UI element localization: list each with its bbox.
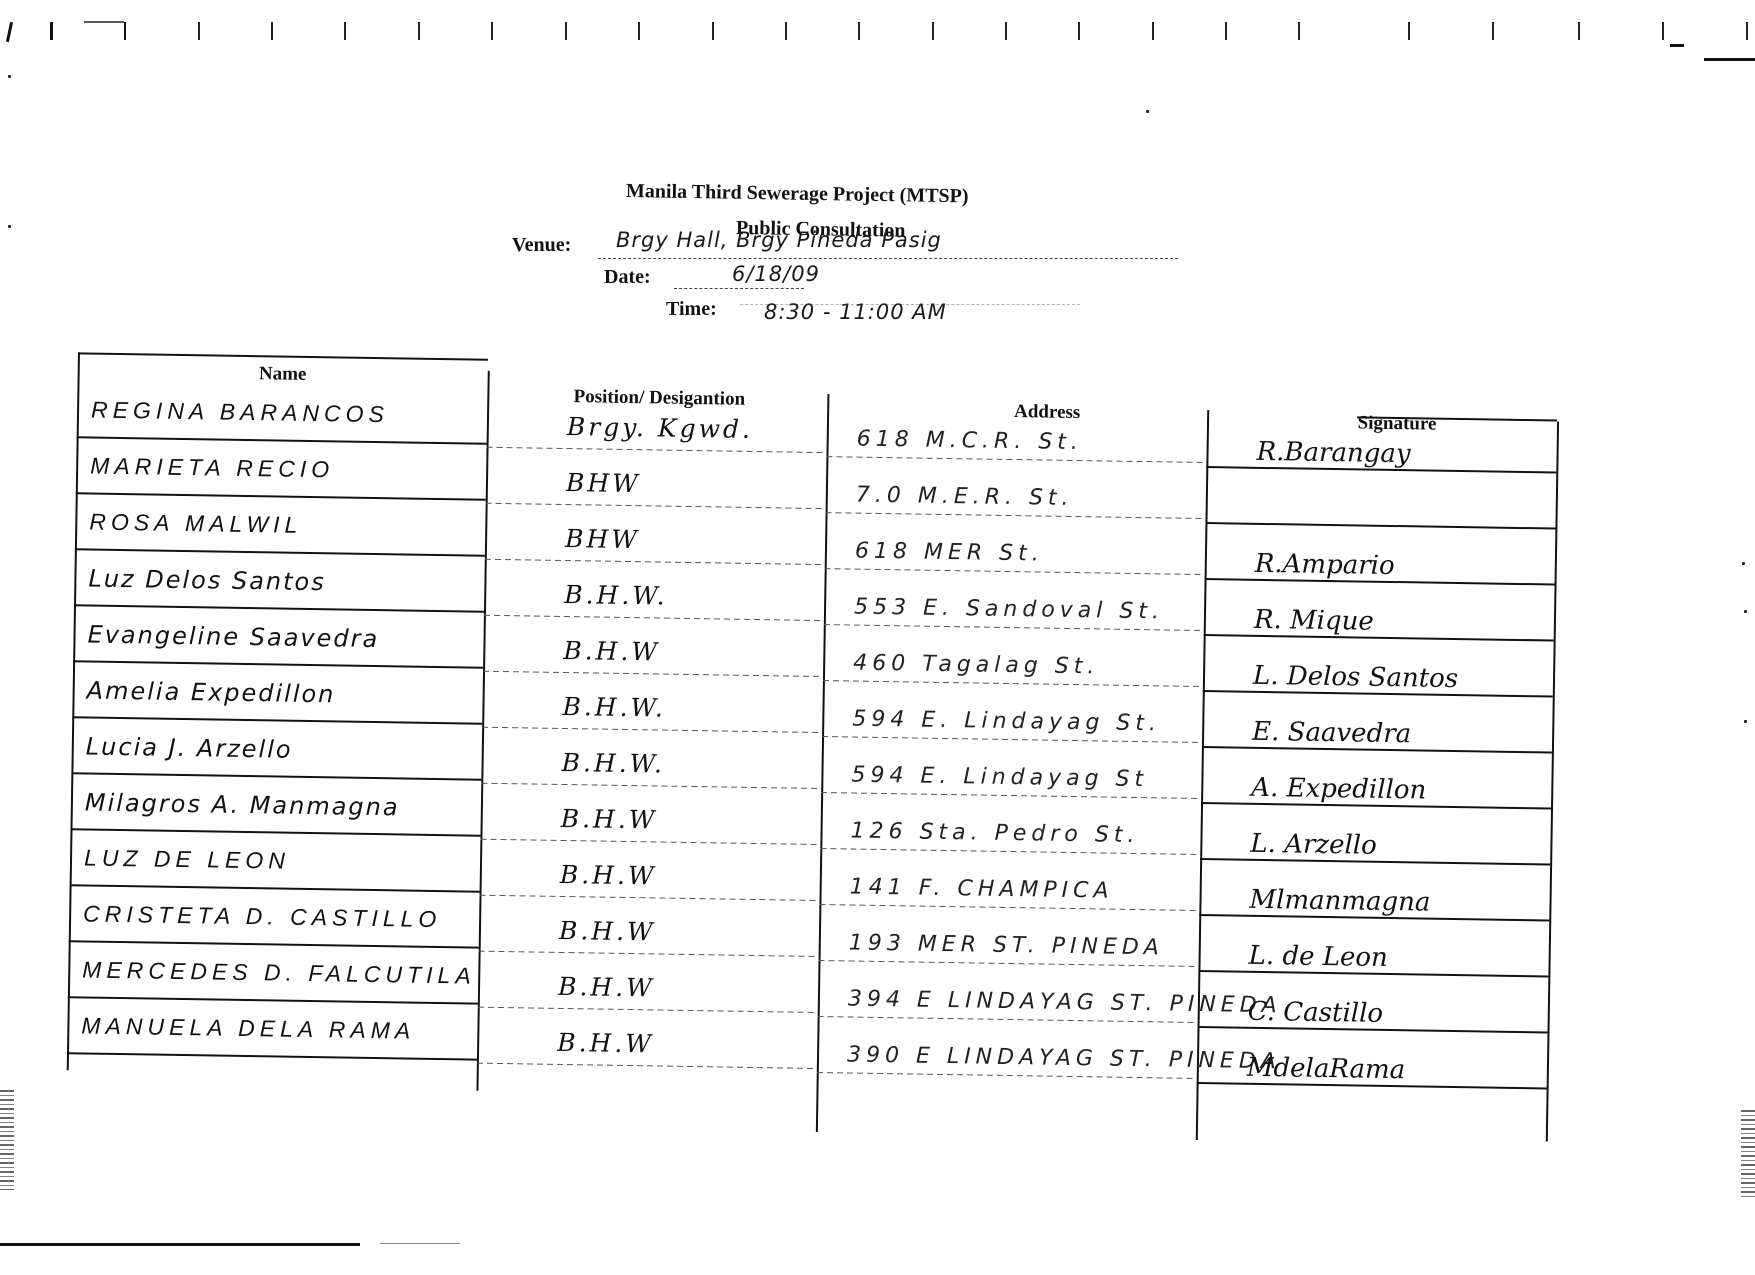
header-signature: Signature: [1357, 412, 1436, 435]
tick-mark: [1298, 22, 1300, 40]
cell-name: Evangeline Saavedra: [87, 621, 379, 654]
tick-mark: [565, 22, 567, 40]
row-separator: [477, 1063, 817, 1069]
scan-mark: [124, 22, 126, 40]
date-value: 6/18/09: [732, 262, 820, 286]
row-separator: [69, 940, 479, 948]
tick-mark: [1078, 22, 1080, 40]
row-separator: [485, 559, 825, 565]
date-fill-line: [674, 288, 804, 289]
tick-mark: [1005, 22, 1007, 40]
row-separator: [826, 512, 1206, 519]
cell-position: B.H.W: [561, 804, 658, 835]
row-separator: [1204, 634, 1554, 641]
cell-signature: A. Expedillon: [1251, 773, 1426, 806]
scan-mark: [1704, 58, 1755, 61]
row-separator: [817, 1072, 1197, 1079]
scan-noise: [0, 1090, 14, 1190]
row-separator: [821, 792, 1201, 799]
scan-mark: [50, 22, 53, 40]
row-separator: [818, 1016, 1198, 1023]
row-separator: [820, 848, 1200, 855]
row-separator: [823, 680, 1203, 687]
cell-position: B.H.W: [559, 916, 656, 947]
row-separator: [68, 996, 478, 1004]
row-separator: [482, 727, 822, 733]
cell-name: CRISTETA D. CASTILLO: [83, 900, 442, 933]
cell-position: B.H.W: [560, 860, 657, 891]
cell-address: 618 MER St.: [855, 539, 1044, 567]
tick-mark: [491, 22, 493, 40]
row-separator: [483, 671, 823, 677]
row-separator: [70, 828, 480, 836]
cell-position: B.H.W.: [562, 692, 666, 723]
scan-mark: [1670, 44, 1684, 47]
cell-position: B.H.W: [558, 972, 655, 1003]
tick-mark: [344, 22, 346, 40]
cell-name: Luz Delos Santos: [88, 565, 326, 597]
cell-address: 7.0 M.E.R. St.: [856, 483, 1074, 511]
header-address: Address: [1014, 401, 1081, 424]
cell-address: 390 E LINDAYAG ST. PINEDA: [847, 1042, 1281, 1074]
cell-name: MANUELA DELA RAMA: [81, 1012, 415, 1044]
time-label: Time:: [666, 298, 717, 321]
cell-address: 141 F. CHAMPICA: [849, 875, 1113, 904]
tick-mark: [198, 22, 200, 40]
scan-mark: [380, 1243, 460, 1244]
cell-name: Milagros A. Manmagna: [85, 788, 400, 821]
row-separator: [70, 884, 480, 892]
row-separator: [819, 904, 1199, 911]
tick-mark: [858, 22, 860, 40]
table-border-right: [1546, 422, 1559, 1142]
tick-mark: [785, 22, 787, 40]
header-name: Name: [259, 363, 307, 386]
row-separator: [76, 492, 486, 500]
scan-noise: [1741, 1110, 1755, 1200]
table-border-top: [78, 352, 488, 360]
row-separator: [484, 615, 824, 621]
cell-address: 126 Sta. Pedro St.: [850, 819, 1139, 849]
cell-address: 594 E. Lindayag St: [851, 763, 1148, 793]
cell-address: 594 E. Lindayag St.: [852, 707, 1161, 737]
time-fill-line: [740, 304, 1080, 305]
cell-position: B.H.W: [563, 636, 660, 667]
cell-address: 460 Tagalag St.: [853, 651, 1100, 680]
cell-position: BHW: [566, 468, 641, 498]
speck: [1742, 562, 1745, 565]
cell-position: BHW: [565, 524, 640, 554]
speck: [8, 75, 11, 78]
row-separator: [478, 1007, 818, 1013]
row-separator: [72, 716, 482, 724]
date-field: Date: 6/18/09: [604, 266, 651, 289]
row-separator: [826, 456, 1206, 463]
venue-label: Venue:: [512, 234, 571, 257]
cell-name: MERCEDES D. FALCUTILA: [82, 956, 476, 989]
column-divider: [816, 394, 830, 1132]
cell-address: 618 M.C.R. St.: [857, 427, 1084, 456]
cell-signature: MdelaRama: [1247, 1053, 1406, 1085]
tick-mark: [418, 22, 420, 40]
speck: [1146, 110, 1149, 113]
scan-mark: [0, 1243, 360, 1246]
cell-name: ROSA MALWIL: [89, 509, 302, 539]
cell-name: MARIETA RECIO: [90, 453, 334, 484]
tick-mark: [932, 22, 934, 40]
row-separator: [822, 736, 1202, 743]
row-separator: [74, 604, 484, 612]
cell-name: Amelia Expedillon: [86, 676, 335, 708]
table-border-left: [67, 352, 80, 1070]
cell-signature: L. de Leon: [1248, 941, 1388, 973]
cell-signature: R. Mique: [1254, 605, 1374, 637]
tick-mark: [712, 22, 714, 40]
cell-signature: R.Barangay: [1256, 437, 1410, 469]
cell-signature: L. Delos Santos: [1253, 661, 1459, 694]
tick-mark: [1662, 22, 1664, 40]
tick-mark: [271, 22, 273, 40]
venue-value: Brgy Hall, Brgy Pineda Pasig: [616, 228, 942, 252]
cell-signature: L. Arzello: [1250, 829, 1377, 861]
cell-position: B.H.W.: [564, 580, 668, 611]
cell-signature: C. Castillo: [1248, 997, 1384, 1029]
scan-mark: [84, 21, 124, 23]
row-separator: [67, 1052, 477, 1060]
row-separator: [77, 436, 487, 444]
tick-mark: [1225, 22, 1227, 40]
cell-address: 193 MER ST. PINEDA: [849, 930, 1164, 960]
cell-position: B.H.W.: [561, 748, 665, 779]
cell-name: REGINA BARANCOS: [91, 397, 389, 429]
row-separator: [825, 568, 1205, 575]
speck: [1744, 720, 1747, 723]
row-separator: [480, 839, 820, 845]
row-separator: [486, 503, 826, 509]
tick-mark: [638, 22, 640, 40]
cell-address: 394 E LINDAYAG ST. PINEDA: [848, 986, 1282, 1018]
row-separator: [1205, 522, 1555, 529]
cell-name: LUZ DE LEON: [84, 844, 290, 874]
column-divider: [476, 371, 489, 1091]
cell-position: B.H.W: [557, 1028, 654, 1059]
tick-mark: [1408, 22, 1410, 40]
venue-field: Venue: Brgy Hall, Brgy Pineda Pasig: [512, 234, 571, 257]
row-separator: [75, 548, 485, 556]
cell-signature: Mlmanmagna: [1249, 885, 1430, 918]
column-divider: [1196, 410, 1209, 1140]
row-separator: [824, 624, 1204, 631]
scan-mark: [6, 22, 13, 42]
tick-mark: [1578, 22, 1580, 40]
tick-mark: [1492, 22, 1494, 40]
cell-name: Lucia J. Arzello: [86, 732, 293, 763]
header-position: Position/ Desigantion: [573, 386, 745, 411]
tick-mark: [1746, 22, 1748, 40]
row-separator: [73, 660, 483, 668]
cell-signature: R.Ampario: [1255, 549, 1395, 581]
speck: [1744, 610, 1747, 613]
tick-mark: [1152, 22, 1154, 40]
date-label: Date:: [604, 266, 651, 289]
time-field: Time: 8:30 - 11:00 AM: [666, 298, 717, 321]
venue-fill-line: [598, 258, 1178, 259]
speck: [8, 225, 11, 228]
row-separator: [487, 447, 827, 453]
row-separator: [480, 895, 820, 901]
row-separator: [479, 951, 819, 957]
cell-signature: E. Saavedra: [1252, 717, 1411, 749]
cell-address: 553 E. Sandoval St.: [854, 595, 1164, 625]
cell-position: Brgy. Kgwd.: [567, 412, 753, 444]
row-separator: [819, 960, 1199, 967]
document-title: Manila Third Sewerage Project (MTSP): [626, 180, 969, 208]
row-separator: [71, 772, 481, 780]
attendance-table: Name Position/ Desigantion Address Signa…: [46, 352, 1603, 1156]
row-separator: [481, 783, 821, 789]
